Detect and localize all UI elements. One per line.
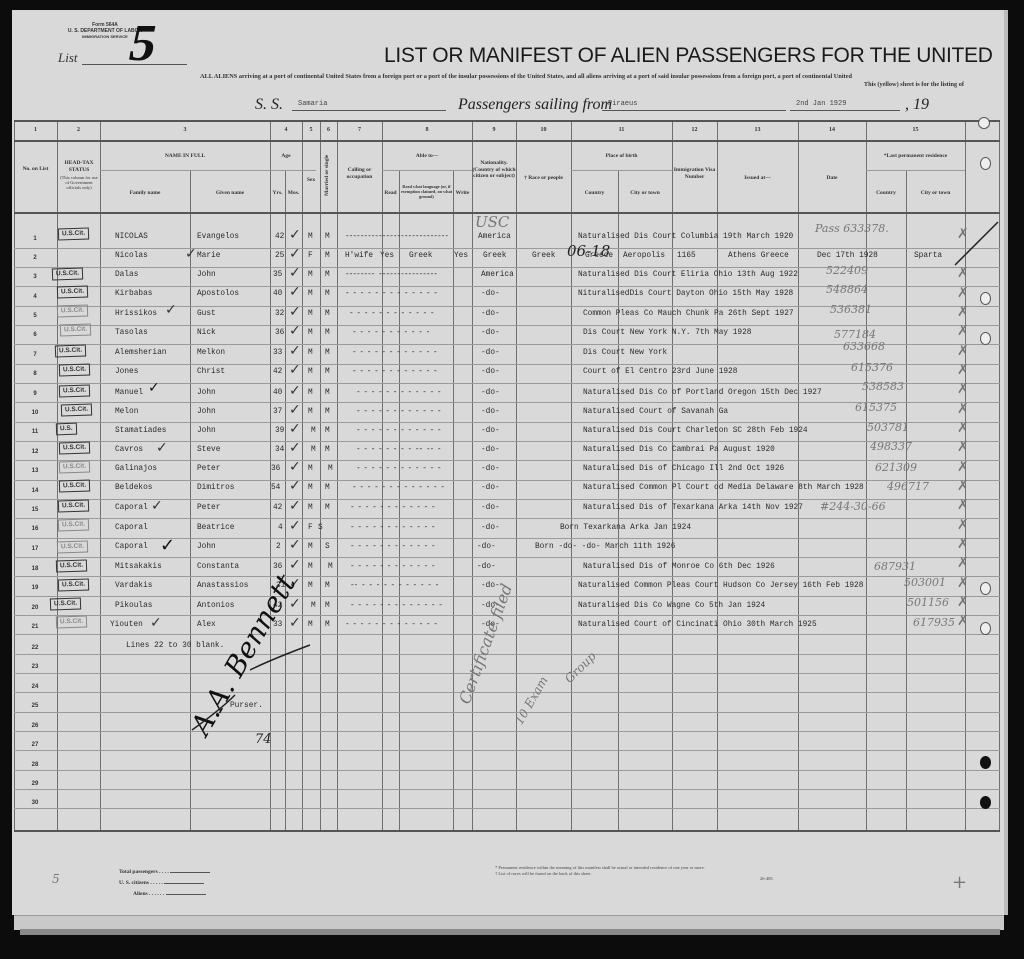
given-name: Christ <box>197 368 225 376</box>
marital-status: S <box>318 524 323 532</box>
nationality: -do- <box>481 465 500 473</box>
marital-status: M <box>325 329 330 337</box>
binder-hole <box>980 756 991 769</box>
occupation: - - - - - - - - - - - - - <box>345 290 437 298</box>
header-visa-date: Date <box>798 175 866 182</box>
x-mark-icon: ✗ <box>957 323 969 339</box>
binder-hole <box>980 622 991 635</box>
ss-label: S. S. <box>255 96 283 114</box>
occupation: - - - - - - - - - - - - <box>349 310 434 318</box>
given-name: Peter <box>197 504 220 512</box>
occupation: H'wife <box>345 252 373 260</box>
page-edge-shadow <box>20 929 1000 935</box>
birth-note: Born -do- -do- March 11th 1926 <box>535 543 675 551</box>
checkmark-icon: ✓ <box>289 402 301 418</box>
occupation: - - - - - - - - - - - - <box>350 504 435 512</box>
marital-status: M <box>325 602 330 610</box>
occupation: - - - - - - - - - - - - <box>356 408 441 416</box>
age: 40 <box>273 290 282 298</box>
row-number: 12 <box>14 449 56 455</box>
x-mark-icon: ✗ <box>957 575 969 591</box>
family-name: Cavros <box>115 446 143 454</box>
page-edge <box>14 915 1004 930</box>
row-number: 4 <box>14 294 56 300</box>
given-name: Marie <box>197 252 220 260</box>
header-marital: Married or single <box>324 145 331 205</box>
checkmark-icon: ✓ <box>289 537 301 553</box>
x-mark-icon: ✗ <box>957 536 969 552</box>
marital-status: M <box>325 582 330 590</box>
us-citizen-stamp: U.S. <box>56 423 77 436</box>
naturalisation-note: Common Pleas Co Mauch Chunk Pa 26th Sept… <box>583 310 794 318</box>
handwritten-cert-number: 501156 <box>907 596 949 609</box>
sex: M <box>308 310 313 318</box>
row-number: 28 <box>14 762 56 768</box>
nationality: -do- <box>481 329 500 337</box>
aliens-label: Aliens . . . . . . <box>133 891 206 897</box>
header-res-city: City or town <box>906 190 965 197</box>
given-name: Constanta <box>197 563 239 571</box>
usc-pencil-note: USC <box>475 213 509 231</box>
header-no-on-list: No. on List <box>14 166 57 173</box>
visa-number: 1165 <box>677 252 696 260</box>
handwritten-cert-number: 536381 <box>830 303 872 316</box>
ship-name-field: Samaria <box>292 98 446 111</box>
family-name: Caporal <box>115 543 148 551</box>
family-name: Vardakis <box>115 582 152 590</box>
row-number: 17 <box>14 546 56 552</box>
naturalisation-note: Naturalised Dis Co Cambrai Pa August 192… <box>583 446 775 454</box>
naturalisation-note: Naturalised Dis Co Wagne Co 5th Jan 1924 <box>578 602 765 610</box>
occupation: - - - - - - - - - - - - <box>356 465 441 473</box>
col-number-10: 10 <box>516 127 571 133</box>
family-name: Jones <box>115 368 138 376</box>
subtitle: ALL ALIENS arriving at a port of contine… <box>200 73 965 81</box>
row-number: 26 <box>14 723 56 729</box>
sex: M <box>308 271 313 279</box>
col-number-6: 6 <box>320 127 337 133</box>
occupation: - - - - - - - - -- -- - <box>356 446 441 454</box>
nationality: -do- <box>481 427 500 435</box>
marital-status: M <box>325 408 330 416</box>
col-number-9: 9 <box>472 127 516 133</box>
age: 33 <box>273 349 282 357</box>
binder-hole <box>978 117 990 129</box>
total-passengers-text: Total passengers <box>119 869 158 875</box>
checkmark-icon: ✓ <box>289 265 301 281</box>
occupation: -------- ---------------- <box>345 271 437 279</box>
family-name: Yiouten <box>110 621 143 629</box>
checkmark-icon: ✓ <box>289 284 301 300</box>
given-name: John <box>197 408 216 416</box>
occupation: -- - - - - - - - - - - - <box>350 582 438 590</box>
marital-status: M <box>325 290 330 298</box>
occupation: - - - - - - - - - - - - - <box>345 621 437 629</box>
checkmark-icon: ✓ <box>289 421 301 437</box>
marital-status: M <box>325 504 330 512</box>
col-number-2: 2 <box>57 127 100 133</box>
checkmark-icon: ✓ <box>185 246 197 262</box>
handwritten-mark: 06-18 <box>567 242 610 260</box>
us-citizen-stamp: U.S.Cit. <box>58 227 90 240</box>
age: 35 <box>273 271 282 279</box>
nationality: -do- <box>481 349 500 357</box>
header-head-tax: HEAD-TAX STATUS (This column for use of … <box>58 160 100 190</box>
binder-hole <box>980 796 991 809</box>
given-name: Nick <box>197 329 216 337</box>
age: 39 <box>275 427 284 435</box>
family-name: Hrissikos <box>115 310 157 318</box>
checkmark-icon: ✓ <box>160 535 175 556</box>
header-mos: Mos. <box>285 190 302 197</box>
list-label: List <box>58 50 78 66</box>
header-write: Write <box>453 190 472 197</box>
checkmark-icon: ✓ <box>289 518 301 534</box>
x-mark-icon: ✗ <box>957 613 969 629</box>
marital-status: M <box>325 484 330 492</box>
x-mark-icon: ✗ <box>957 478 969 494</box>
checkmark-icon: ✓ <box>148 380 160 396</box>
visa-issued-at: Athens Greece <box>728 252 789 260</box>
subtitle-yellow-sheet: This (yellow) sheet is for the listing o… <box>864 81 964 88</box>
sex: M <box>308 484 313 492</box>
col-number-15: 15 <box>866 127 965 133</box>
row-number: 24 <box>14 684 56 690</box>
checkmark-icon: ✓ <box>289 227 301 243</box>
row-number: 3 <box>14 274 56 280</box>
sex: M <box>308 563 313 571</box>
x-mark-icon: ✗ <box>957 594 969 610</box>
marital-status: M <box>325 621 330 629</box>
family-name: Alemsherian <box>115 349 166 357</box>
binder-hole <box>980 157 991 170</box>
header-age: Age <box>270 153 302 160</box>
nationality: -do- <box>481 524 500 532</box>
checkmark-icon: ✓ <box>289 459 301 475</box>
family-name: Caporal <box>115 504 148 512</box>
header-nationality: Nationality. (Country of which citizen o… <box>472 160 516 180</box>
x-mark-icon: ✗ <box>957 304 969 320</box>
row-number: 19 <box>14 585 56 591</box>
given-name: Beatrice <box>197 524 234 532</box>
header-sex: Sex <box>302 177 320 184</box>
can-write: Yes <box>454 252 468 260</box>
checkmark-icon: ✓ <box>156 440 168 456</box>
nationality: -do- <box>477 543 496 551</box>
nationality: -do- <box>481 504 500 512</box>
us-citizen-stamp: U.S.Cit. <box>55 344 87 357</box>
occupation: - - - - - - - - - - - - <box>350 524 435 532</box>
row-number: 8 <box>14 371 56 377</box>
us-citizen-stamp: U.S.Cit. <box>59 363 91 376</box>
marital-status: M <box>325 368 330 376</box>
nationality: -do- <box>481 446 500 454</box>
age: 34 <box>275 446 284 454</box>
checkmark-icon: ✓ <box>150 615 162 631</box>
family-name: Manuel <box>115 389 143 397</box>
header-name-in-full: NAME IN FULL <box>100 153 270 160</box>
given-name: John <box>197 389 216 397</box>
col-number-13: 13 <box>717 127 798 133</box>
signature-flourish <box>180 630 320 740</box>
occupation: - - - - - - - - - - - - - <box>352 484 444 492</box>
header-visa-number: Immigration Visa Number <box>672 167 717 180</box>
us-citizen-stamp: U.S.Cit. <box>50 597 82 610</box>
handwritten-cert-number: Pass 633378. <box>815 222 889 235</box>
can-read: Yes <box>380 252 394 260</box>
us-citizens-text: U. S. citizens <box>119 880 149 886</box>
checkmark-icon: ✓ <box>289 615 301 631</box>
handwritten-cert-number: 498337 <box>870 440 912 453</box>
header-given-name: Given name <box>190 190 270 197</box>
age: 37 <box>273 408 282 416</box>
naturalisation-note: Naturalised Common Pleas Court Hudson Co… <box>578 582 863 590</box>
nationality: America <box>481 271 514 279</box>
family-name: Pikoulas <box>115 602 152 610</box>
given-name: John <box>197 271 216 279</box>
row-number: 22 <box>14 645 56 651</box>
checkmark-icon: ✓ <box>151 498 163 514</box>
col-number-1: 1 <box>14 127 57 133</box>
header-race: † Race or people <box>516 175 571 182</box>
marital-status: M <box>325 389 330 397</box>
age: 25 <box>275 252 284 260</box>
checkmark-icon: ✓ <box>165 302 177 318</box>
marital-status: M <box>325 252 330 260</box>
sex: M <box>308 621 313 629</box>
col-number-8: 8 <box>382 127 472 133</box>
naturalisation-note: Dis Court New York N.Y. 7th May 1928 <box>583 329 751 337</box>
row-number: 29 <box>14 781 56 787</box>
binder-hole <box>980 582 991 595</box>
header-last-residence: *Last permanent residence <box>866 153 965 160</box>
race: Greek <box>532 252 555 260</box>
header-read: Read <box>382 190 399 197</box>
given-name: Dimitros <box>197 484 234 492</box>
total-passengers-label: Total passengers . . . . <box>119 869 210 875</box>
nationality: -do- <box>481 368 500 376</box>
handwritten-number: 74 <box>255 732 272 747</box>
marital-status: M <box>325 427 330 435</box>
handwritten-cert-number: 633668 <box>843 340 885 353</box>
us-citizen-stamp: U.S.Cit. <box>59 479 91 492</box>
occupation: - - - - - - - - - - - <box>352 329 429 337</box>
family-name: Caporal <box>115 524 148 532</box>
footnote-residence: * Permanent residence within the meaning… <box>495 865 705 870</box>
marital-status: M <box>325 271 330 279</box>
x-mark-icon: ✗ <box>957 381 969 397</box>
col-number-5: 5 <box>302 127 320 133</box>
binder-hole <box>980 332 991 345</box>
age: 36 <box>271 465 280 473</box>
row-number: 14 <box>14 488 56 494</box>
family-name: Galinajos <box>115 465 157 473</box>
handwritten-cert-number: 522409 <box>826 264 868 277</box>
sex: M <box>308 290 313 298</box>
sex: M <box>308 233 313 241</box>
naturalisation-note: Naturalised Dis Co of Portland Oregon 15… <box>583 389 822 397</box>
row-number: 23 <box>14 664 56 670</box>
given-name: Steve <box>197 446 220 454</box>
marital-status: M <box>325 446 330 454</box>
col-number-4: 4 <box>270 127 302 133</box>
occupation: - - - - - - - - - - - - <box>352 349 437 357</box>
x-mark-icon: ✗ <box>957 362 969 378</box>
given-name: Alex <box>197 621 216 629</box>
x-mark-icon: ✗ <box>957 439 969 455</box>
age: 40 <box>273 389 282 397</box>
family-name: Kirbabas <box>115 290 152 298</box>
given-name: Apostolos <box>197 290 239 298</box>
handwritten-cert-number: 538583 <box>862 380 904 393</box>
us-citizen-stamp: U.S.Cit. <box>58 499 90 512</box>
row-number: 25 <box>14 703 56 709</box>
handwritten-cert-number: 621309 <box>875 461 917 474</box>
row-number: 21 <box>14 624 56 630</box>
row-number: 6 <box>14 332 56 338</box>
purser-title: Purser. <box>230 702 263 710</box>
age: 36 <box>275 329 284 337</box>
header-issued-at: Issued at— <box>717 175 798 182</box>
row-number: 5 <box>14 313 56 319</box>
marital-status: S <box>325 543 330 551</box>
family-name: Mitsakakis <box>115 563 162 571</box>
header-res-country: Country <box>866 190 906 197</box>
marital-status: M <box>325 233 330 241</box>
header-read-language: Read what language (or, if exemption cla… <box>400 184 453 199</box>
sex: M <box>308 389 313 397</box>
sex: M <box>311 446 316 454</box>
age: 4 <box>278 524 283 532</box>
header-yrs: Yrs. <box>270 190 285 197</box>
row-number: 15 <box>14 507 56 513</box>
age: 42 <box>273 368 282 376</box>
family-name: Nicolas <box>115 252 148 260</box>
checkmark-icon: ✓ <box>289 557 301 573</box>
year-label: , 19 <box>905 96 929 114</box>
us-citizen-stamp: U.S.Cit. <box>52 267 84 280</box>
naturalisation-note: NituralisedDis Court Dayton Ohio 15th Ma… <box>578 290 793 298</box>
sex: M <box>308 408 313 416</box>
row-number: 11 <box>14 429 56 435</box>
handwritten-cert-number: 615375 <box>855 401 897 414</box>
us-citizen-stamp: U.S.Cit. <box>58 578 90 591</box>
sex: M <box>308 368 313 376</box>
page-title: LIST OR MANIFEST OF ALIEN PASSENGERS FOR… <box>384 44 993 68</box>
naturalisation-note: Naturalised Dis Court Eliria Ohio 13th A… <box>578 271 798 279</box>
sex: M <box>308 504 313 512</box>
us-citizen-stamp: U.S.Cit. <box>61 403 93 416</box>
checkmark-icon: ✓ <box>289 383 301 399</box>
occupation: - - - - - - - - - - - - <box>350 543 435 551</box>
family-name: NICOLAS <box>115 233 148 241</box>
given-name: Evangelos <box>197 233 239 241</box>
col-number-7: 7 <box>337 127 382 133</box>
given-name: Peter <box>197 465 220 473</box>
x-mark-icon: ✗ <box>957 459 969 475</box>
sex: M <box>308 582 313 590</box>
naturalisation-note: Naturalised Dis of Chicago Ill 2nd Oct 1… <box>583 465 784 473</box>
birth-note: Born Texarkana Arka Jan 1924 <box>560 524 691 532</box>
occupation: - - - - - - - - - - - - <box>356 389 441 397</box>
pencil-corner-mark: 5 <box>52 872 60 886</box>
x-mark-icon: ✗ <box>957 285 969 301</box>
nationality: -do- <box>481 484 500 492</box>
checkmark-icon: ✓ <box>289 362 301 378</box>
sex: F <box>308 524 313 532</box>
read-language: Greek <box>409 252 432 260</box>
row-number: 16 <box>14 526 56 532</box>
family-name: Stamatiades <box>115 427 166 435</box>
row-number: 30 <box>14 800 56 806</box>
sex: F <box>308 252 313 260</box>
naturalisation-note: Naturalised Court of Cincinati Ohio 30th… <box>578 621 817 629</box>
slash-mark <box>950 220 1000 270</box>
header-birth-country: Country <box>571 190 618 197</box>
nationality: -do- <box>477 563 496 571</box>
row-number: 9 <box>14 391 56 397</box>
sex: M <box>308 465 313 473</box>
occupation: - - - - - - - - - - - - - <box>350 602 442 610</box>
nationality: -do- <box>481 408 500 416</box>
family-name: Beldekos <box>115 484 152 492</box>
nationality: Greek <box>483 252 506 260</box>
checkmark-icon: ✓ <box>289 440 301 456</box>
nationality: -do- <box>481 310 500 318</box>
naturalisation-note: Naturalised Dis Court Charleton SC 28th … <box>583 427 808 435</box>
residence-city: Sparta <box>914 252 942 260</box>
checkmark-icon: ✓ <box>289 498 301 514</box>
us-citizen-stamp: U.S.Cit. <box>56 559 88 572</box>
row-number: 2 <box>14 255 56 261</box>
sex: M <box>308 329 313 337</box>
age: 2 <box>276 543 281 551</box>
checkmark-icon: ✓ <box>289 343 301 359</box>
checkmark-icon: ✓ <box>289 304 301 320</box>
sailing-label: Passengers sailing from <box>458 96 612 114</box>
us-citizen-stamp: U.S.Cit. <box>60 323 92 336</box>
nationality: -do- <box>481 389 500 397</box>
naturalisation-note: Court of El Centro 23rd June 1928 <box>583 368 737 376</box>
us-citizen-stamp: U.S.Cit. <box>58 518 90 531</box>
print-code: 26-485 <box>760 876 773 881</box>
marital-status: M <box>325 349 330 357</box>
handwritten-cert-number: 687931 <box>874 560 916 573</box>
x-mark-icon: ✗ <box>957 343 969 359</box>
handwritten-cert-number: 548864 <box>826 283 868 296</box>
given-name: Gust <box>197 310 216 318</box>
handwritten-cert-number: 617935 <box>913 616 955 629</box>
us-citizen-stamp: U.S.Cit. <box>59 384 91 397</box>
row-number: 10 <box>14 410 56 416</box>
naturalisation-note: Naturalised Dis of Texarkana Arka 14th N… <box>583 504 803 512</box>
marital-status: M <box>328 465 333 473</box>
row-number: 1 <box>14 236 56 242</box>
sex: M <box>308 349 313 357</box>
family-name: Dalas <box>115 271 138 279</box>
given-name: Anastassios <box>197 582 248 590</box>
naturalisation-note: Dis Court New York <box>583 349 667 357</box>
marital-status: M <box>325 310 330 318</box>
marital-status: M <box>328 563 333 571</box>
us-citizen-stamp: U.S.Cit. <box>57 285 89 298</box>
us-citizen-stamp: U.S.Cit. <box>59 441 91 454</box>
nationality: America <box>478 233 511 241</box>
head-tax-note: (This column for use of Government offic… <box>58 175 100 190</box>
x-mark-icon: ✗ <box>957 517 969 533</box>
given-name: John <box>197 543 216 551</box>
occupation: ---------------------------- <box>345 233 448 241</box>
